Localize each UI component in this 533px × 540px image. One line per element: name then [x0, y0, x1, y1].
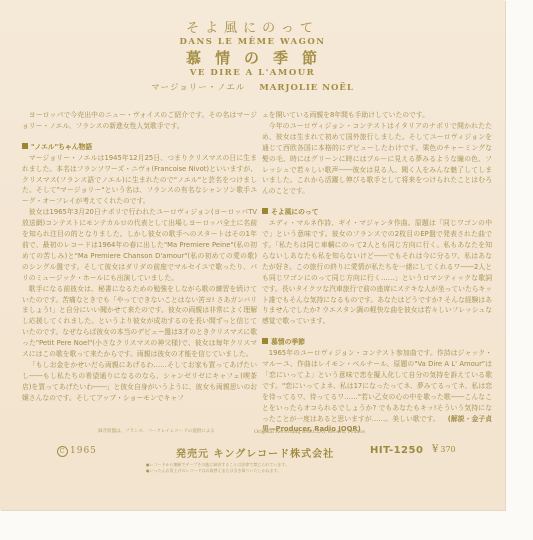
section-heading-soyokaze: そよ風にのって [262, 207, 492, 218]
copyright: C1965 [57, 446, 97, 457]
jp-title-2: 慕情の季節 [0, 50, 505, 67]
body-paragraph: 歌手になる前彼女は、秘書になるための勉強をしながら歌の練習を続けていたのです。苦… [22, 284, 257, 360]
right-column: ェを開いている両親を8年間も手助けしていたのです。 今年のユーロヴィジョン・コン… [262, 110, 492, 435]
square-bullet-icon [262, 338, 268, 344]
recording-source-note-jp: 録音原盤は、フランス、バークレイレコードの提供による [98, 428, 215, 434]
intro-paragraph: ヨーロッパで今売出中のニュー・ヴォイスのご紹介です。その名はマージョリー・ノエル… [22, 110, 257, 132]
record-sleeve-back: そよ風にのって DANS LE MÊME WAGON 慕情の季節 VE DIRE… [0, 0, 505, 510]
body-paragraph: 彼女は1965年3月20日ナポリで行われたユーロヴィジョン(ヨーロッパTV放送網… [22, 207, 257, 283]
publisher: 発売元 キングレコード株式会社 [176, 445, 334, 460]
artist-line: マージョリー・ノエルMARJOLIE NOËL [0, 83, 505, 93]
fr-title-1: DANS LE MÊME WAGON [0, 37, 505, 47]
legal-notice: ●レコードから無断でテープその他に録音することは法律で禁じられています。 ●いっ… [146, 462, 289, 474]
body-paragraph: 「もしお金をかせいだら両親にあげるわ……そしてお家も買ってあげたいし――もし私た… [22, 360, 257, 404]
square-bullet-icon [262, 208, 268, 214]
catalog-number: HIT-1250 [370, 445, 423, 456]
body-paragraph: マージョリー・ノエルは1945年12月25日、つまりクリスマスの日に生まれました… [22, 153, 257, 208]
body-paragraph: 1965年のユーロヴィジョン・コンテスト参加曲です。作詩はジャック・マルーユ、作… [262, 348, 492, 435]
continuation-paragraph: ェを開いている両親を8年間も手助けしていたのです。 [262, 110, 492, 121]
jp-title-1: そよ風にのって [0, 22, 505, 36]
artist-en: MARJOLIE NOËL [259, 83, 354, 93]
copyright-icon: C [57, 446, 68, 457]
price-value: 370 [440, 445, 455, 454]
body-paragraph: 今年のユーロヴィジョン・コンテストはイタリアのナポリで開かれたため、彼女は生まれ… [262, 121, 492, 197]
square-bullet-icon [22, 143, 28, 149]
left-column: ヨーロッパで今売出中のニュー・ヴォイスのご紹介です。その名はマージョリー・ノエル… [22, 110, 257, 404]
recording-source-note-en: Original Recording BARCLAY Record, Franc… [254, 430, 365, 435]
body-paragraph: エディ・マルネ作詩、ギイ・マジャンタ作曲。原題は「同じワゴンの中で」という意味で… [262, 218, 492, 327]
price: ¥370 [432, 444, 456, 455]
section-heading-bojo: 慕情の季節 [262, 337, 492, 348]
copyright-year: 1965 [70, 446, 97, 456]
yen-icon: ¥ [432, 444, 438, 455]
title-block: そよ風にのって DANS LE MÊME WAGON 慕情の季節 VE DIRE… [0, 22, 505, 93]
fr-title-2: VE DIRE A L'AMOUR [0, 68, 505, 78]
artist-jp: マージョリー・ノエル [151, 83, 245, 93]
section-heading-noel-story: "ノエル"ちゃん物語 [22, 142, 257, 153]
